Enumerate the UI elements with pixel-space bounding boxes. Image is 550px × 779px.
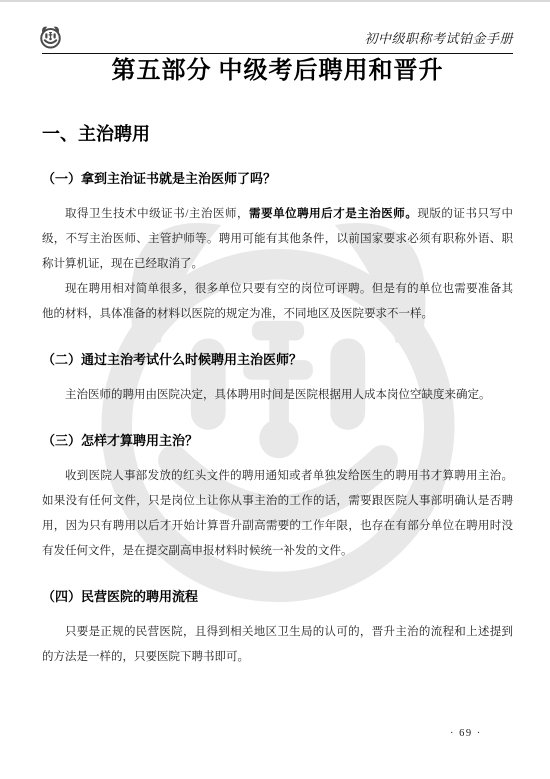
- answer-paragraph: 收到医院人事部发放的红头文件的聘用通知或者单独发给医生的聘用书才算聘用主治。如果…: [42, 464, 513, 564]
- answer-paragraph: 主治医师的聘用由医院决定，具体聘用时间是医院根据用人成本岗位空缺度来确定。: [42, 383, 513, 408]
- question-heading-2: （二）通过主治考试什么时候聘用主治医师？: [42, 351, 513, 369]
- answer-paragraph: 取得卫生技术中级证书/主治医师，需要单位聘用后才是主治医师。现版的证书只写中级，…: [42, 202, 513, 277]
- tiger-logo-icon: [38, 23, 63, 50]
- section-heading: 一、主治聘用: [42, 122, 513, 146]
- page-header: 初中级职称考试铂金手册: [0, 2, 550, 54]
- question-heading-1: （一）拿到主治证书就是主治医师了吗？: [42, 170, 513, 188]
- answer-paragraph: 只要是正规的民营医院，且得到相关地区卫生局的认可的，晋升主治的流程和上述提到的方…: [42, 620, 513, 670]
- page-title: 第五部分 中级考后聘用和晋升: [42, 54, 513, 88]
- page-content: 第五部分 中级考后聘用和晋升 一、主治聘用 （一）拿到主治证书就是主治医师了吗？…: [0, 54, 550, 670]
- answer-text-bold: 需要单位聘用后才是主治医师。: [249, 208, 417, 220]
- booklet-title: 初中级职称考试铂金手册: [364, 28, 513, 47]
- answer-text: 取得卫生技术中级证书/主治医师，: [65, 208, 249, 220]
- answer-paragraph: 现在聘用相对简单很多，很多单位只要有空的岗位可评聘。但是有的单位也需要准备其他的…: [42, 277, 513, 327]
- page-number: · 69 ·: [450, 728, 482, 739]
- question-heading-3: （三）怎样才算聘用主治？: [42, 432, 513, 450]
- handbook-page: 初中级职称考试铂金手册 第五部分 中级考后聘用和晋升 一、主治聘用 （一）拿到主…: [0, 0, 550, 779]
- question-heading-4: （四）民营医院的聘用流程: [42, 588, 513, 606]
